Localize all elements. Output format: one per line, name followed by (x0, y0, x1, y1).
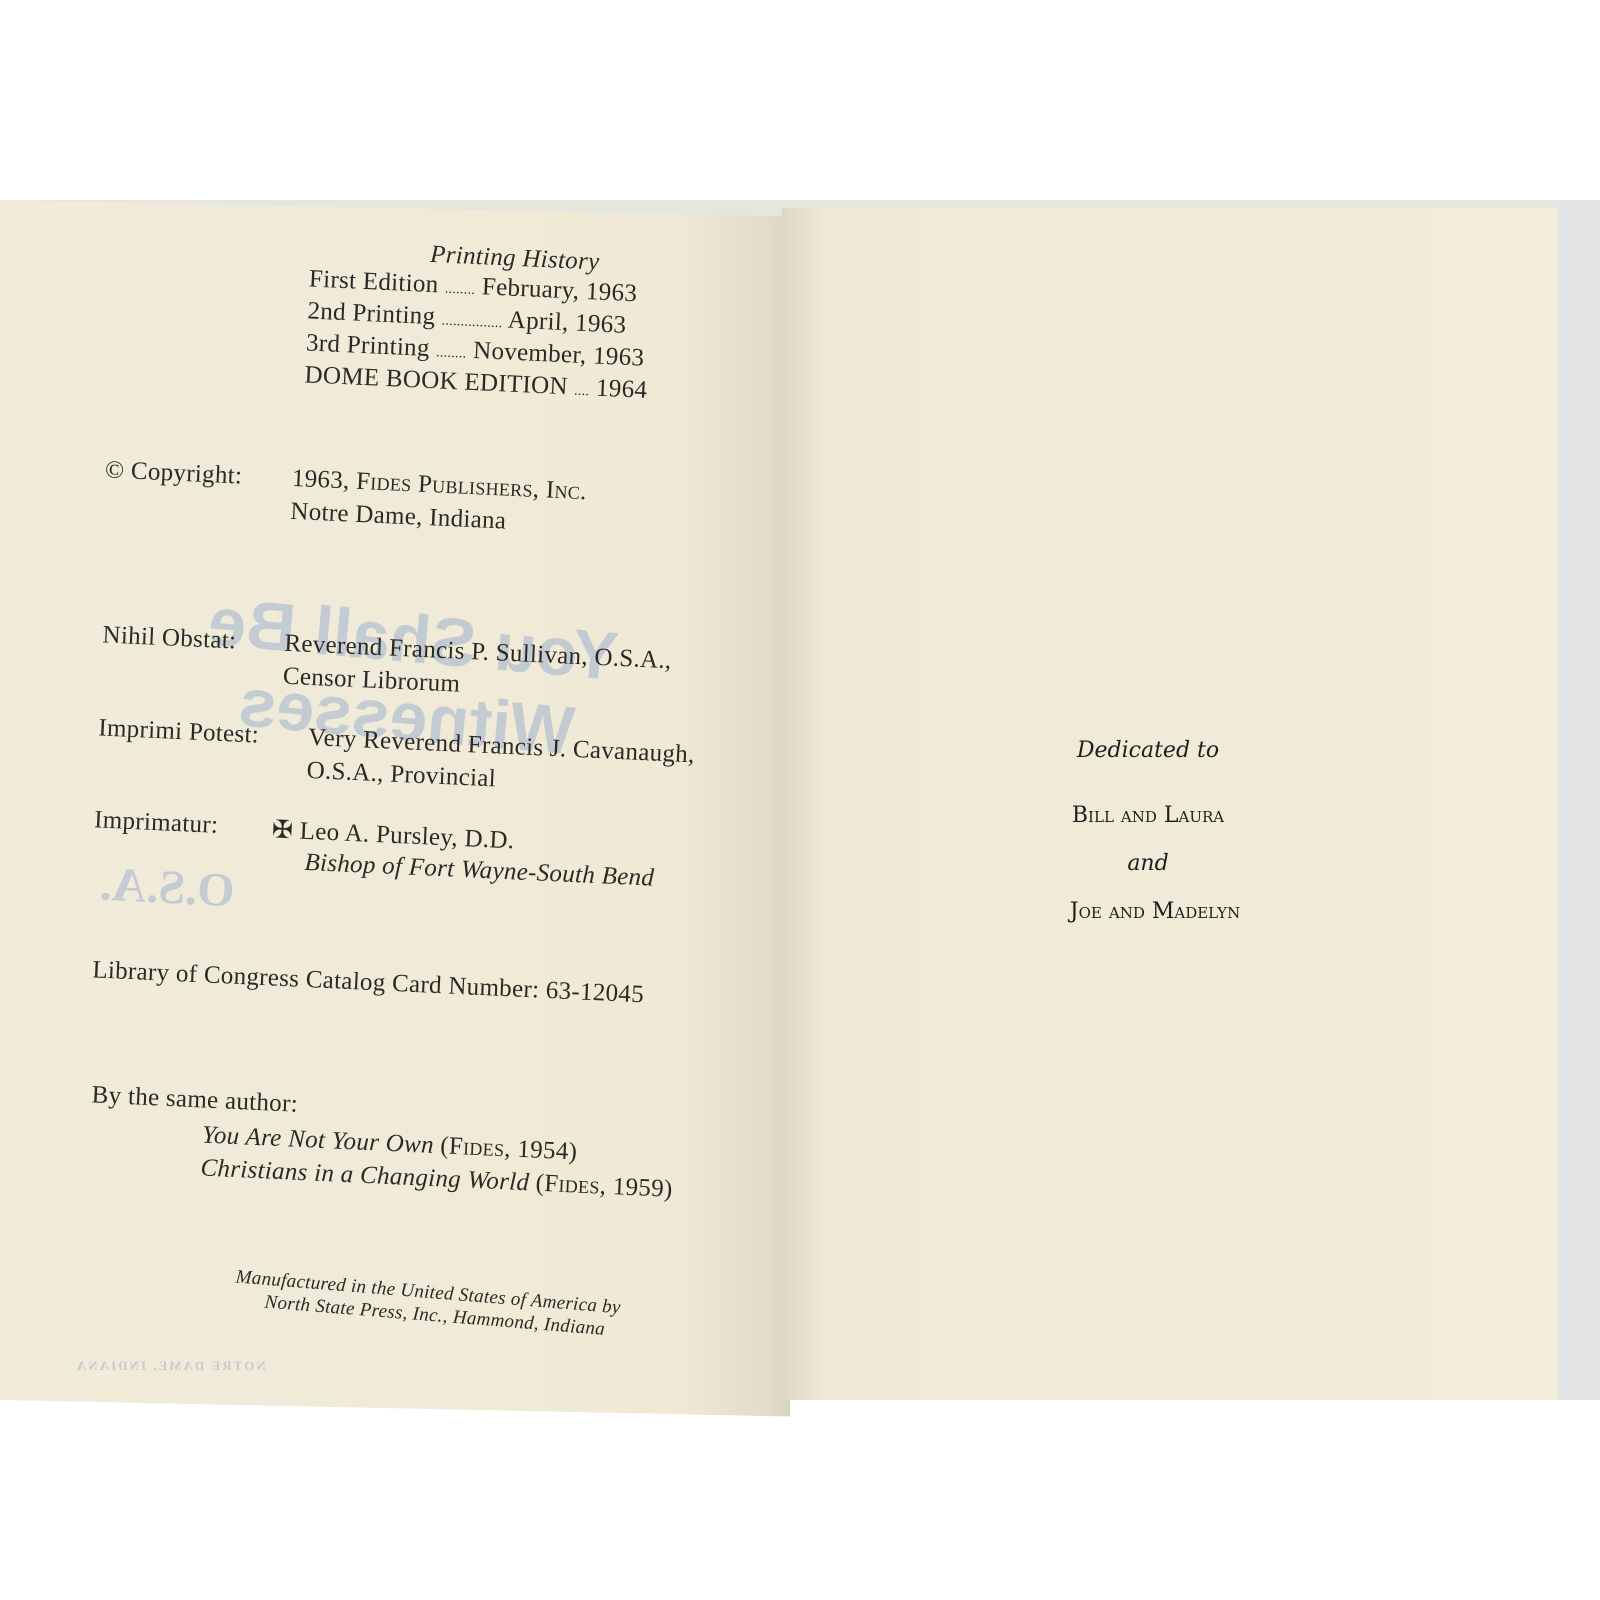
dedication-names-1: Bill and Laura (998, 803, 1298, 828)
book-publisher: (Fides, 1954) (440, 1132, 578, 1165)
entry-date: February, 1963 (481, 273, 637, 307)
entry-leader: ........ (445, 282, 476, 298)
entry-label: 3rd Printing (305, 329, 430, 362)
book-publisher: (Fides, 1959) (535, 1170, 673, 1203)
entry-label: First Edition (308, 265, 439, 298)
dedication-names-2: Joe and Madelyn (1005, 899, 1305, 924)
entry-date: 1964 (595, 375, 647, 404)
bleed-through-author: O.S.A. (99, 857, 236, 919)
nihil-obstat-label: Nihil Obstat: (102, 621, 237, 655)
dedication-heading: Dedicated to (998, 738, 1298, 763)
entry-label: 2nd Printing (307, 297, 436, 330)
dedication-and: and (998, 851, 1298, 876)
background-edge (1558, 200, 1600, 1400)
entry-leader: ................ (441, 314, 502, 332)
entry-leader: ........ (436, 345, 467, 361)
bleed-through-footer: NOTRE DAME, INDIANA (75, 1358, 266, 1374)
entry-date: April, 1963 (507, 307, 627, 339)
entry-leader: .... (574, 384, 590, 400)
imprimatur-label: Imprimatur: (94, 806, 219, 840)
copyright-symbol: © (105, 456, 126, 484)
cross-icon: ✠ (271, 816, 293, 844)
copyright-label-text: Copyright: (130, 458, 242, 490)
